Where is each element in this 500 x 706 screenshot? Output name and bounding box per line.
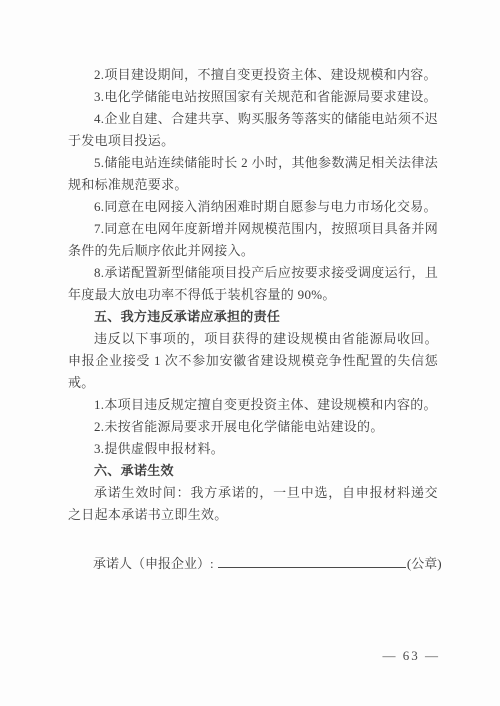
- commitment-item-8: 8.承诺配置新型储能项目投产后应按要求接受调度运行，且年度最大放电功率不得低于装…: [68, 262, 438, 306]
- liability-item-1: 1.本项目违反规定擅自变更投资主体、建设规模和内容的。: [68, 394, 438, 416]
- signature-row: 承诺人（申报企业）: (公章): [68, 553, 438, 575]
- commitment-item-6: 6.同意在电网接入消纳困难时期自愿参与电力市场化交易。: [68, 196, 438, 218]
- signature-blank-line: [218, 554, 406, 568]
- section-heading-effectiveness: 六、承诺生效: [68, 460, 438, 482]
- liability-item-3: 3.提供虚假申报材料。: [68, 438, 438, 460]
- document-body: 2.项目建设期间，不擅自变更投资主体、建设规模和内容。 3.电化学储能电站按照国…: [68, 64, 438, 575]
- liability-item-2: 2.未按省能源局要求开展电化学储能电站建设的。: [68, 416, 438, 438]
- commitment-item-7: 7.同意在电网年度新增并网规模范围内，按照项目具备并网条件的先后顺序依此并网接入…: [68, 218, 438, 262]
- commitment-item-5: 5.储能电站连续储能时长 2 小时，其他参数满足相关法律法规和标准规范要求。: [68, 152, 438, 196]
- section-heading-liability: 五、我方违反承诺应承担的责任: [68, 306, 438, 328]
- commitment-item-4: 4.企业自建、合建共享、购买服务等落实的储能电站须不迟于发电项目投运。: [68, 108, 438, 152]
- document-page: 2.项目建设期间，不擅自变更投资主体、建设规模和内容。 3.电化学储能电站按照国…: [0, 0, 500, 706]
- effectiveness-statement: 承诺生效时间：我方承诺的，一旦中选，自申报材料递交之日起本承诺书立即生效。: [68, 482, 438, 526]
- page-number: — 63 —: [383, 648, 441, 664]
- signature-label: 承诺人（申报企业）:: [93, 556, 214, 571]
- seal-label: (公章): [407, 556, 442, 571]
- commitment-item-2: 2.项目建设期间，不擅自变更投资主体、建设规模和内容。: [68, 64, 438, 86]
- liability-intro: 违反以下事项的，项目获得的建设规模由省能源局收回。申报企业接受 1 次不参加安徽…: [68, 328, 438, 394]
- commitment-item-3: 3.电化学储能电站按照国家有关规范和省能源局要求建设。: [68, 86, 438, 108]
